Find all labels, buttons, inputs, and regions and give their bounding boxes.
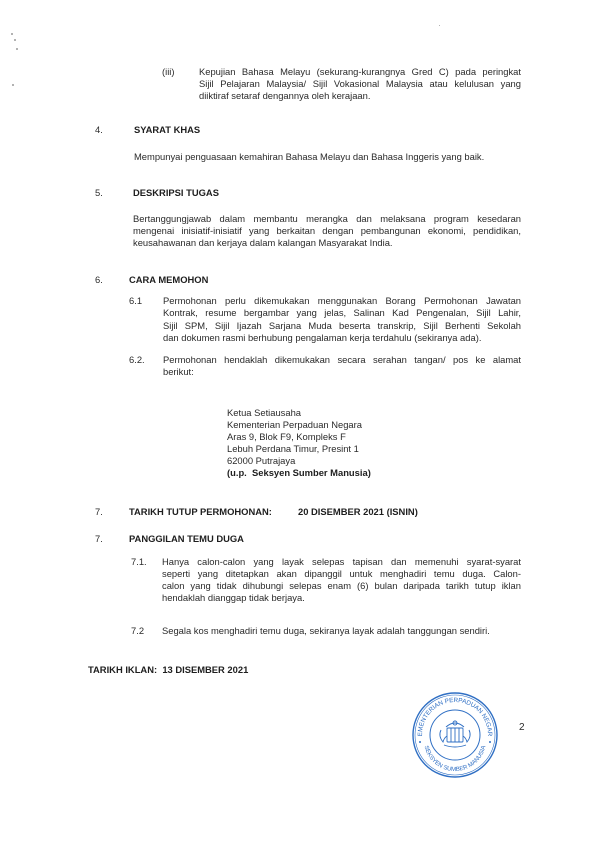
seal-bottom-text: SEKSYEN SUMBER MANUSIA [423, 745, 488, 773]
paragraph-line: Sijil Pelajaran Malaysia/ Sijil Vokasion… [199, 78, 521, 90]
address-line: 62000 Putrajaya [227, 455, 295, 467]
subsection-number: 7.2 [131, 625, 144, 637]
scan-speck [16, 48, 18, 50]
section-heading: SYARAT KHAS [134, 124, 200, 136]
official-seal-stamp: KEMENTERIAN PERPADUAN NEGARA SEKSYEN SUM… [410, 690, 500, 780]
scan-speck [11, 33, 13, 35]
address-line: Kementerian Perpaduan Negara [227, 419, 362, 431]
svg-text:KEMENTERIAN PERPADUAN NEGARA: KEMENTERIAN PERPADUAN NEGARA [410, 690, 493, 737]
section-number: 6. [95, 274, 103, 286]
section-heading: CARA MEMOHON [129, 274, 208, 286]
paragraph-line: diiktiraf setaraf dengannya oleh kerajaa… [199, 90, 521, 102]
seal-top-text: KEMENTERIAN PERPADUAN NEGARA [410, 690, 493, 737]
paragraph-line: dan dokumen rasmi berhubung pengalaman k… [163, 332, 521, 344]
scan-speck [12, 84, 14, 86]
paragraph-line: Hanya calon-calon yang layak selepas tap… [162, 556, 521, 568]
paragraph-line: calon yang tidak dihubungi selepas enam … [162, 580, 521, 592]
scan-speck [439, 25, 440, 26]
address-line: Aras 9, Blok F9, Kompleks F [227, 431, 346, 443]
paragraph-line: keusahawanan dan kerjaya dalam kalangan … [133, 237, 521, 249]
paragraph-line: Permohonan perlu dikemukakan menggunakan… [163, 295, 521, 307]
ad-date-label: TARIKH IKLAN: [88, 664, 157, 675]
paragraph-line: mengenai inisiatif-inisiatif yang berkai… [133, 225, 521, 237]
closing-date-value: 20 DISEMBER 2021 (ISNIN) [298, 506, 418, 518]
attention-prefix: (u.p. [227, 467, 247, 478]
subsection-number: 7.1. [131, 556, 147, 568]
section-number: 7. [95, 533, 103, 545]
paragraph-line: Bertanggungjawab dalam membantu merangka… [133, 213, 521, 225]
address-line: Ketua Setiausaha [227, 407, 301, 419]
address-attention: (u.p. Seksyen Sumber Manusia) [227, 467, 371, 479]
paragraph-line: hendaklah dianggap tidak berjaya. [162, 592, 521, 604]
section-heading: PANGGILAN TEMU DUGA [129, 533, 244, 545]
subsection-number: 6.1 [129, 295, 142, 307]
scan-speck [14, 39, 16, 41]
page-number: 2 [519, 722, 525, 733]
coat-of-arms-icon [440, 721, 470, 747]
closing-date-label: TARIKH TUTUP PERMOHONAN: [129, 506, 272, 518]
paragraph-line: Sijil SPM, Sijil Ijazah Sarjana Muda bes… [163, 320, 521, 332]
paragraph-line: Segala kos menghadiri temu duga, sekiran… [162, 625, 490, 637]
ad-date-value: 13 DISEMBER 2021 [162, 664, 248, 675]
paragraph-line: seperti yang ditetapkan akan dipanggil u… [162, 568, 521, 580]
section-number: 5. [95, 187, 103, 199]
paragraph-line: Kepujian Bahasa Melayu (sekurang-kurangn… [199, 66, 521, 78]
address-line: Lebuh Perdana Timur, Presint 1 [227, 443, 359, 455]
attention-name: Seksyen Sumber Manusia) [252, 467, 371, 478]
advertisement-date: TARIKH IKLAN: 13 DISEMBER 2021 [88, 664, 248, 676]
paragraph-line: Kontrak, resume bergambar yang jelas, Sa… [163, 307, 521, 319]
paragraph-line: berikut: [163, 366, 521, 378]
item-marker: (iii) [162, 66, 175, 78]
section-heading: DESKRIPSI TUGAS [133, 187, 219, 199]
subsection-number: 6.2. [129, 354, 145, 366]
section-number: 4. [95, 124, 103, 136]
section-body: Mempunyai penguasaan kemahiran Bahasa Me… [134, 151, 484, 163]
paragraph-line: Permohonan hendaklah dikemukakan secara … [163, 354, 521, 366]
section-number: 7. [95, 506, 103, 518]
svg-text:SEKSYEN SUMBER MANUSIA: SEKSYEN SUMBER MANUSIA [423, 745, 488, 773]
